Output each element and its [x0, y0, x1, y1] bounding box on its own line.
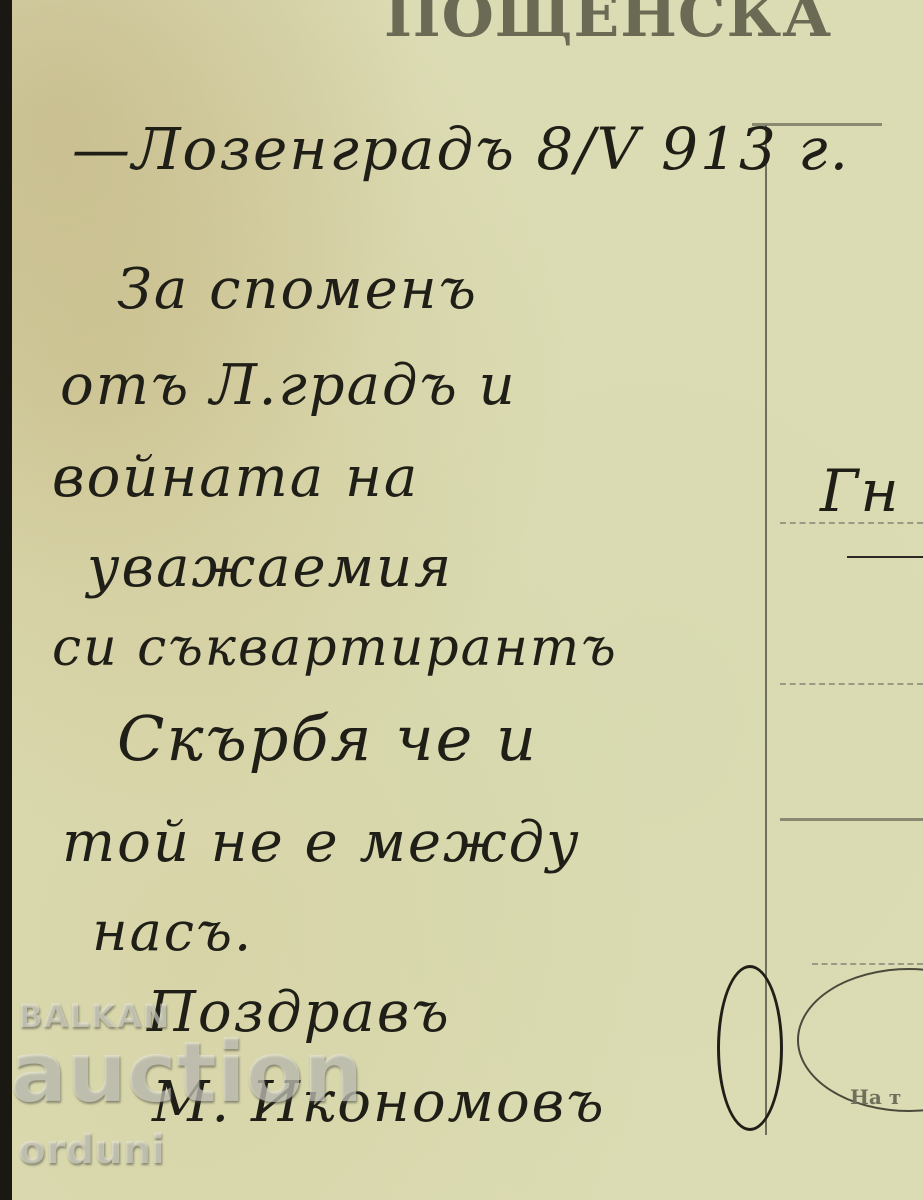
- letter-line-8: насъ.: [92, 905, 253, 959]
- letter-line-1: За споменъ: [117, 262, 478, 318]
- watermark-auction: auction: [12, 1030, 363, 1114]
- place-date: —Лозенградъ 8/V 913 г.: [72, 120, 850, 178]
- address-underline: [847, 556, 923, 558]
- printed-footer-fragment: На т: [850, 1085, 901, 1109]
- address-rule-3: [780, 818, 923, 821]
- letter-line-5: си съквартирантъ: [52, 622, 618, 674]
- watermark-orduni: orduni: [18, 1130, 165, 1170]
- letter-line-3: войната на: [52, 450, 419, 506]
- address-recipient-fragment: Гн: [820, 462, 901, 520]
- letter-line-7: той не е между: [62, 815, 581, 871]
- address-line-2: [780, 683, 923, 685]
- postcard: ПОЩЕНСКА Гн На т —Лозенградъ 8/V 913 г. …: [12, 0, 923, 1200]
- address-line-4: [812, 963, 923, 965]
- letter-line-4: уважаемия: [87, 540, 453, 596]
- postcard-printed-header: ПОЩЕНСКА: [384, 0, 832, 46]
- letter-line-6: Скърбя че и: [117, 708, 538, 770]
- signature-flourish: [717, 965, 783, 1131]
- letter-line-2: отъ Л.градъ и: [60, 358, 517, 414]
